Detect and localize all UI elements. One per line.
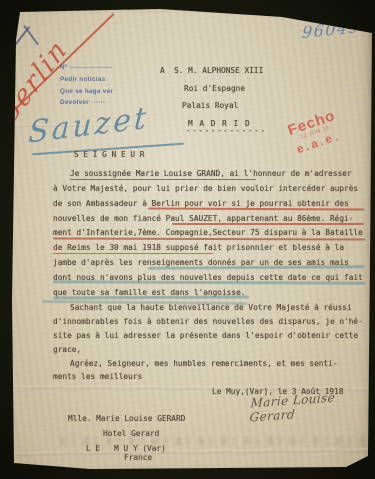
recipient-line: Palais Royal xyxy=(182,101,238,110)
file-number-annotation: 96049 xyxy=(302,17,361,42)
body-line: de Reims le 30 mai 1918 supposé fait pri… xyxy=(53,243,344,252)
received-stamp: Fecho 12 JUN 19 e.a.e. xyxy=(269,103,361,163)
red-underline xyxy=(148,207,364,210)
red-underline xyxy=(53,253,213,255)
recipient-line: Roi d'Espagne xyxy=(184,84,245,93)
crayon-underline xyxy=(53,295,249,299)
filing-stamp-line: Que se haga ver xyxy=(60,86,113,98)
filing-stamp-line: Pedir noticias xyxy=(60,74,113,86)
sender-address-line: France xyxy=(124,453,152,462)
sender-address-line: Mlle. Marie Louise GERARD xyxy=(68,414,185,423)
salutation: S E I G N E U R xyxy=(74,150,144,159)
photo-of-letter: { "annotations": { "file_number": "96049… xyxy=(0,0,375,479)
filing-stamp-line: Nº ───────── xyxy=(60,62,113,74)
body-line: site pas à lui adresser la présente dans… xyxy=(53,331,358,340)
sauzet-annotation: Sauzet xyxy=(28,100,150,150)
crayon-underline xyxy=(53,280,365,285)
recipient-line: A S. M. ALPHONSE XIII xyxy=(160,66,263,75)
sender-address-line: L E M U Y (Var) xyxy=(86,444,166,453)
recipient-underline: ------------- xyxy=(186,126,267,135)
body-line: grace, xyxy=(53,345,81,354)
crayon-underline xyxy=(148,265,364,270)
body-line: nouvelles de mon fiancé Paul SAUZET, app… xyxy=(53,214,353,223)
body-line: ment d'Infanterie,7ème. Compagnie,Secteu… xyxy=(53,228,363,237)
typed-name-underline xyxy=(70,179,256,180)
body-line: d'innombrables fois à obtenir des nouvel… xyxy=(53,317,363,326)
sender-address-line: Hotel Gerard xyxy=(103,429,159,438)
body-line: Sachant que la haute bienveillance de Vo… xyxy=(70,303,352,312)
fold-crease-bottom xyxy=(0,448,375,456)
body-line: de son Ambassadeur à Berlin pour voir si… xyxy=(53,199,349,208)
x-mark xyxy=(23,25,39,46)
filing-stamp: Nº ───────── Pedir noticias Que se haga … xyxy=(60,62,113,109)
closing-line: ments les meilleurs xyxy=(53,372,142,381)
red-underline xyxy=(53,237,365,240)
red-underline xyxy=(172,223,364,225)
letter-page: Berlin Nº ───────── Pedir noticias Que s… xyxy=(0,0,375,479)
body-line: Je soussignée Marie Louise GRAND, ai l'h… xyxy=(70,169,352,178)
body-line: à Votre Majesté, pour lui prier de bien … xyxy=(53,184,358,193)
closing-line: Agréez, Seigneur, mes humbles remercimen… xyxy=(70,359,338,368)
